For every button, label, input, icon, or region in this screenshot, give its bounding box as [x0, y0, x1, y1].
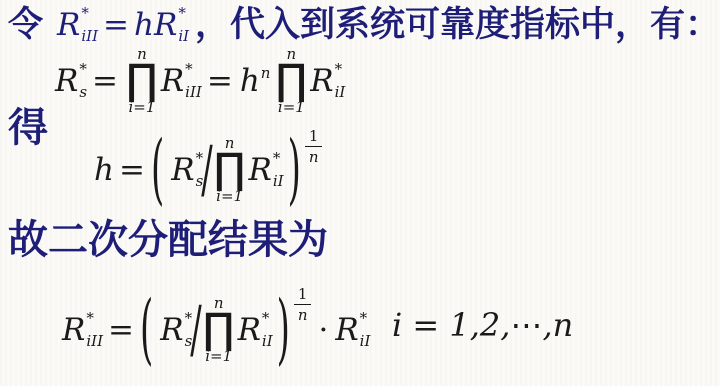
subscript-iII: iII [81, 29, 98, 44]
var-R: R [171, 155, 194, 186]
superscript-star: * [273, 151, 281, 166]
superscript-star: * [86, 311, 94, 326]
var-R: R [310, 66, 333, 97]
equation-1: R * iII = h R * iI [57, 6, 189, 44]
var-h: h [94, 155, 114, 186]
superscript-star: * [178, 6, 186, 21]
equation-2: R * s = n ∏ i=1 R * iII = h n n ∏ i=1 [55, 44, 345, 118]
var-R: R [57, 10, 80, 41]
heading-rest-text: ，代入到系统可靠度指标中，有： [195, 6, 720, 45]
product-operator: n ∏ i=1 [214, 136, 246, 203]
var-R-iI: R * iI [154, 6, 189, 44]
var-R-iI: R * iI [238, 311, 273, 349]
right-parenthesis: ) [277, 292, 290, 369]
heading-lead-text: 令 [8, 6, 43, 45]
var-R-iI: R * iI [310, 62, 345, 100]
subscript-iII: iII [86, 334, 103, 349]
superscript-star: * [81, 6, 89, 21]
connective-text: 得 [8, 106, 48, 150]
var-R: R [160, 315, 183, 346]
h-to-power-n: h n [240, 66, 271, 97]
superscript-star: * [185, 62, 193, 77]
subscript-iI: iI [273, 174, 284, 189]
right-parenthesis: ) [288, 132, 301, 209]
connective-line: 得 [8, 104, 48, 152]
equation-4: R * iII = ( R * s / n ∏ i=1 R * iI [62, 282, 370, 378]
subscript-iI: iI [335, 85, 346, 100]
superscript-star: * [79, 62, 87, 77]
scripts: * iI [262, 311, 273, 349]
scripts: * iII [185, 62, 202, 100]
multiplication-dot: · [318, 312, 328, 348]
subscript-iII: iII [185, 85, 202, 100]
exponent-numerator: 1 [305, 127, 323, 147]
var-h: h [240, 66, 260, 97]
scripts: * iI [178, 6, 189, 44]
var-R: R [161, 66, 184, 97]
var-R-iI: R * iI [335, 311, 370, 349]
var-R-iI: R * iI [249, 151, 284, 189]
equals-sign: = [92, 66, 118, 97]
equals-sign: = [207, 66, 233, 97]
var-R-iII: R * iII [62, 311, 103, 349]
var-R-s: R * s [55, 62, 87, 100]
product-lower-limit: i=1 [128, 100, 155, 115]
slide-page: 令 R * iII = h R * iI ，代入到系统可靠度指标中，有： [0, 0, 720, 386]
var-R: R [335, 315, 358, 346]
scripts: * iI [273, 151, 284, 189]
subscript-s: s [79, 85, 87, 100]
left-parenthesis: ( [140, 292, 153, 369]
scripts: * iI [335, 62, 346, 100]
product-symbol: ∏ [126, 63, 158, 97]
conclusion-line: 故二次分配结果为 [8, 216, 328, 264]
exponent-denominator: n [298, 305, 308, 324]
var-R-iII: R * iII [57, 6, 98, 44]
scripts: * iII [81, 6, 98, 44]
scripts: * iII [86, 311, 103, 349]
product-symbol: ∏ [214, 152, 246, 186]
product-operator: n ∏ i=1 [275, 47, 307, 114]
equals-sign: = [103, 10, 129, 41]
product-symbol: ∏ [275, 63, 307, 97]
exponent-denominator: n [309, 147, 319, 166]
division-slash: / [201, 139, 212, 202]
subscript-iI: iI [178, 29, 189, 44]
superscript-star: * [262, 311, 270, 326]
equation-3: h = ( R * s / n ∏ i=1 R * iI ) 1 n [94, 124, 322, 216]
var-R: R [238, 315, 261, 346]
superscript-star: * [360, 311, 368, 326]
var-R-s: R * s [171, 151, 203, 189]
var-R-iII: R * iII [161, 62, 202, 100]
superscript-star: * [335, 62, 343, 77]
var-R: R [154, 10, 177, 41]
exponent-one-over-n: 1 n [305, 127, 323, 166]
heading-line: 令 R * iII = h R * iI ，代入到系统可靠度指标中，有： [8, 0, 720, 50]
conclusion-text: 故二次分配结果为 [8, 218, 328, 262]
exponent-numerator: 1 [294, 285, 312, 305]
product-symbol: ∏ [203, 312, 235, 346]
var-R: R [55, 66, 78, 97]
var-R-s: R * s [160, 311, 192, 349]
var-h: h [134, 10, 154, 41]
scripts: * iI [360, 311, 371, 349]
subscript-iI: iI [360, 334, 371, 349]
equals-sign: = [119, 155, 145, 186]
subscript-iI: iI [262, 334, 273, 349]
var-R: R [62, 315, 85, 346]
exponent-one-over-n: 1 n [294, 285, 312, 324]
division-slash: / [190, 299, 201, 362]
product-lower-limit: i=1 [278, 100, 305, 115]
product-lower-limit: i=1 [216, 189, 243, 204]
left-parenthesis: ( [151, 132, 164, 209]
product-operator: n ∏ i=1 [126, 47, 158, 114]
product-lower-limit: i=1 [205, 349, 232, 364]
var-R: R [249, 155, 272, 186]
product-operator: n ∏ i=1 [203, 296, 235, 363]
superscript-n: n [261, 64, 271, 82]
scripts: * s [79, 62, 87, 100]
index-range-note: i = 1,2,⋯,n [392, 306, 573, 344]
equals-sign: = [108, 315, 134, 346]
